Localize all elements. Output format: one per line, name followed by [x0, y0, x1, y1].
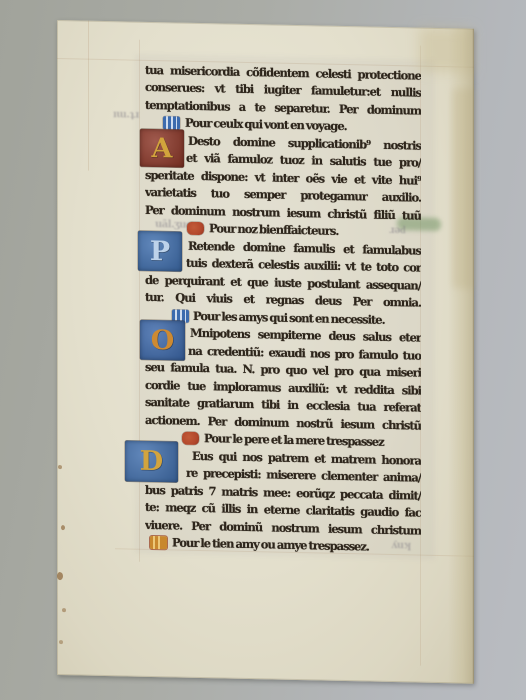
edge-discoloration [453, 88, 473, 288]
illuminated-initial-p: P [138, 231, 182, 272]
foxing-spot [57, 572, 63, 580]
foxing-spot [58, 465, 62, 469]
photo-background: ıɯ.ʇɹ uãl.ʒuq ɹǝԁ ʎuʞ tua misericordia c… [0, 0, 526, 700]
initial-letter: P [150, 237, 170, 264]
initial-letter: O [151, 326, 175, 353]
paragraph-mark-blue [163, 116, 180, 129]
manuscript-leaf: ıɯ.ʇɹ uãl.ʒuq ɹǝԁ ʎuʞ tua misericordia c… [57, 20, 474, 684]
paragraph-mark-gold [150, 536, 167, 549]
foxing-spot [59, 640, 63, 644]
initial-letter: D [140, 448, 163, 475]
paragraph-mark-red [187, 222, 204, 235]
rubric-line: Pour noz bienffaicteurs. [209, 220, 338, 240]
text-block: tua misericordia cõfidentem celesti prot… [57, 20, 474, 29]
paragraph-mark-red [182, 432, 199, 445]
illuminated-initial-o: O [140, 320, 185, 361]
illuminated-initial-d: D [125, 440, 178, 482]
illuminated-initial-a: A [140, 129, 184, 168]
ruling-line-vertical-left [139, 40, 140, 562]
foxing-spot [62, 608, 66, 612]
initial-letter: A [152, 134, 173, 161]
show-through-text: ɹǝԁ [389, 225, 405, 236]
show-through-text: ıɯ.ʇɹ [113, 109, 139, 121]
show-through-text: ʎuʞ [391, 540, 411, 551]
foxing-spot [61, 525, 65, 530]
ruling-line-vertical-outer [88, 21, 89, 171]
rubric-line: Pour ceulx qui vont en voyage. [185, 115, 347, 135]
